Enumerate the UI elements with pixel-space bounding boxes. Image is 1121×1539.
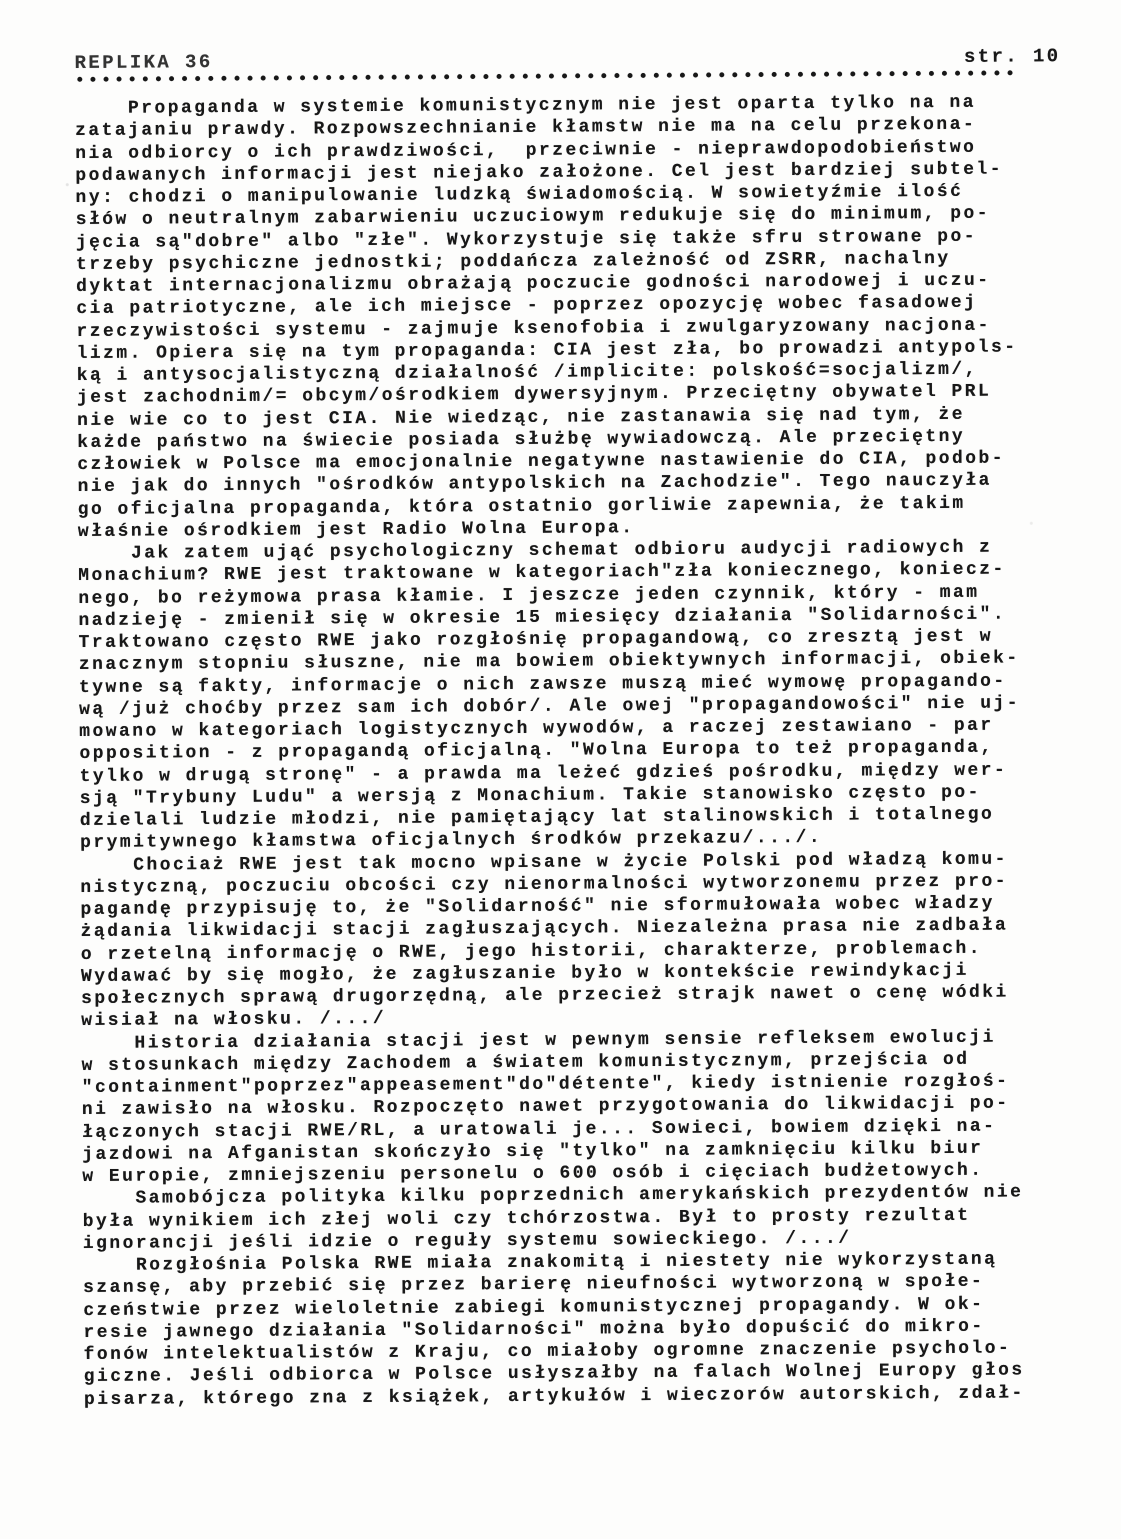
paragraph-4: Historia działania stacji jest w pewnym … [81,1026,1072,1189]
scanned-content: REPLIKA 36 str. 10 •••••••••••••••••••••… [75,45,1074,1411]
paragraph-6: Rozgłośnia Polska RWE miała znakomitą i … [83,1248,1074,1411]
document-body: Propaganda w systemie komunistycznym nie… [75,91,1074,1411]
paragraph-1: Propaganda w systemie komunistycznym nie… [75,91,1068,543]
publication-title: REPLIKA 36 [75,51,213,74]
page-number: str. 10 [964,45,1061,68]
paragraph-5: Samobójcza polityka kilku poprzednich am… [82,1181,1072,1255]
paragraph-3: Chociaż RWE jest tak mocno wpisane w życ… [80,848,1071,1033]
document-page: REPLIKA 36 str. 10 •••••••••••••••••••••… [0,0,1121,1539]
paragraph-2: Jak zatem ująć psychologiczny schemat od… [78,536,1070,854]
